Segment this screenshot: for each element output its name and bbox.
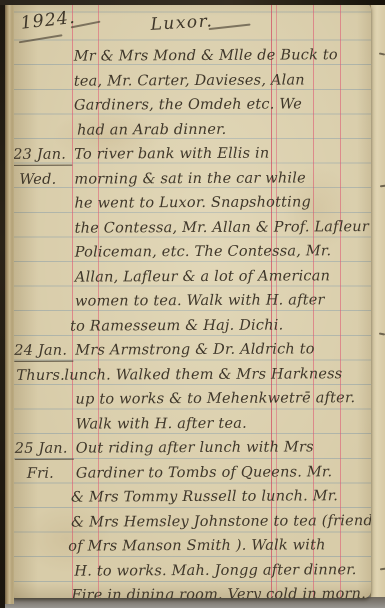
ink-mark [380, 568, 385, 571]
diary-page: 1924. Luxor. Mr & Mrs Mond & Mlle de Buc… [12, 4, 371, 598]
diary-line: tea, Mr. Carter, Davieses, Alan [74, 70, 305, 91]
diary-line: Allan, Lafleur & a lot of American [75, 266, 330, 287]
diary-line: Mr & Mrs Mond & Mlle de Buck to [74, 45, 338, 66]
ink-mark [379, 52, 385, 55]
diary-line: Fire in dining room. Very cold in morn. [71, 584, 366, 598]
diary-line: & Mrs Tommy Russell to lunch. Mr. [71, 486, 338, 507]
ink-mark [379, 332, 385, 335]
diary-line: up to works & to Mehenkwetrē after. [75, 388, 355, 409]
entry-date: 23 Jan. [13, 145, 72, 166]
entry-date: 24 Jan. [14, 341, 73, 362]
diary-line: & Mrs Hemsley Johnstone to tea (friends [71, 511, 371, 533]
diary-line: he went to Luxor. Snapshotting [74, 192, 311, 213]
diary-line: morning & sat in the car while [74, 168, 306, 189]
entry-day: Wed. [19, 170, 56, 190]
entry-date: 25 Jan. [15, 439, 74, 460]
diary-line: Gardiner to Tombs of Queens. Mr. [76, 462, 332, 483]
page-title: Luxor. [150, 11, 214, 35]
ink-mark [380, 185, 385, 188]
diary-line: the Contessa, Mr. Allan & Prof. Lafleur [75, 217, 369, 239]
year-label: 1924. [20, 8, 77, 34]
flourish-under-year [19, 34, 63, 43]
scanned-diary-page: 1924. Luxor. Mr & Mrs Mond & Mlle de Buc… [0, 0, 385, 608]
diary-line: lunch. Walked them & Mrs Harkness [64, 364, 342, 385]
diary-line: of Mrs Manson Smith ). Walk with [68, 535, 325, 556]
diary-line: Mrs Armstrong & Dr. Aldrich to [75, 339, 315, 360]
diary-line: H. to works. Mah. Jongg after dinner. [74, 560, 356, 581]
next-page-edge [370, 3, 385, 599]
diary-line: had an Arab dinner. [77, 120, 226, 141]
diary-line: to Ramesseum & Haj. Dichi. [70, 316, 283, 337]
binding-edge [0, 0, 5, 608]
diary-line: Walk with H. after tea. [76, 414, 247, 435]
page-stack-edge [4, 2, 14, 604]
entry-day: Thurs. [16, 366, 65, 386]
entry-day: Fri. [27, 464, 54, 484]
flourish-after-title [209, 23, 251, 29]
diary-line: women to tea. Walk with H. after [75, 290, 325, 311]
diary-line: Gardiners, the Omdeh etc. We [74, 94, 302, 115]
diary-line: Out riding after lunch with Mrs [76, 437, 314, 458]
diary-line: To river bank with Ellis in [74, 144, 269, 165]
scan-top-edge [0, 0, 385, 5]
handwriting-layer: 1924. Luxor. Mr & Mrs Mond & Mlle de Buc… [12, 4, 371, 598]
scan-background-strip [0, 597, 385, 608]
diary-line: Policeman, etc. The Contessa, Mr. [75, 241, 332, 262]
